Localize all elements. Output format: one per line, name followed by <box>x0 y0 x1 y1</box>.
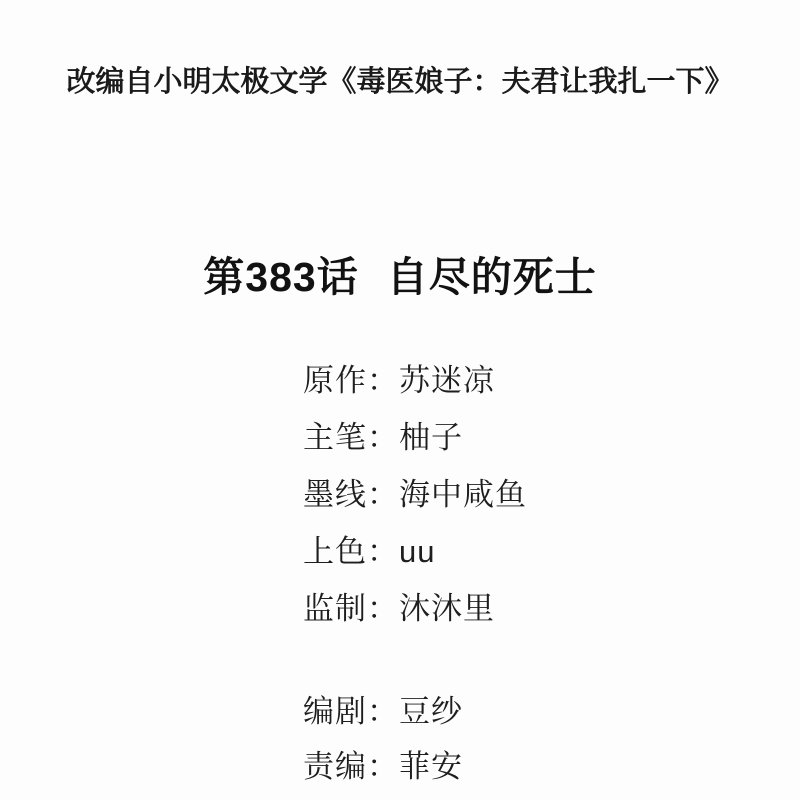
credit-label: 主笔 <box>303 420 367 455</box>
chapter-number: 第383话 <box>203 254 358 300</box>
credit-row-lead-artist: 主笔：柚子 <box>303 409 527 466</box>
credit-separator: ： <box>367 477 399 512</box>
chapter-name: 自尽的死士 <box>387 254 597 300</box>
credit-label: 上色 <box>303 534 367 569</box>
credit-row-original-author: 原作：苏迷凉 <box>303 352 527 409</box>
comic-credits-page: 改编自小明太极文学《毒医娘子：夫君让我扎一下》 第383话自尽的死士 原作：苏迷… <box>0 0 800 800</box>
credit-separator: ： <box>367 694 399 729</box>
credit-separator: ： <box>367 749 399 784</box>
credit-separator: ： <box>367 363 399 398</box>
credit-row-inking: 墨线：海中咸鱼 <box>303 466 527 523</box>
credit-value: 苏迷凉 <box>399 363 495 398</box>
credit-separator: ： <box>367 591 399 626</box>
credit-value: uu <box>399 534 435 569</box>
credit-separator: ： <box>367 534 399 569</box>
credit-value: 菲安 <box>399 749 463 784</box>
credit-label: 编剧 <box>303 694 367 729</box>
credit-value: 海中咸鱼 <box>399 477 527 512</box>
credit-row-screenwriter: 编剧：豆纱 <box>303 684 463 739</box>
credits-main-list: 原作：苏迷凉 主笔：柚子 墨线：海中咸鱼 上色：uu 监制：沐沐里 <box>303 352 527 637</box>
chapter-title: 第383话自尽的死士 <box>0 244 800 303</box>
credit-value: 豆纱 <box>399 694 463 729</box>
credit-label: 监制 <box>303 591 367 626</box>
credit-separator: ： <box>367 420 399 455</box>
credit-label: 原作 <box>303 363 367 398</box>
credit-row-supervisor: 监制：沐沐里 <box>303 580 527 637</box>
credit-row-coloring: 上色：uu <box>303 523 527 580</box>
adaptation-note: 改编自小明太极文学《毒医娘子：夫君让我扎一下》 <box>0 59 800 100</box>
credits-editorial-list: 编剧：豆纱 责编：菲安 <box>303 684 463 794</box>
credit-row-editor: 责编：菲安 <box>303 739 463 794</box>
credit-value: 沐沐里 <box>399 591 495 626</box>
credit-label: 墨线 <box>303 477 367 512</box>
credit-label: 责编 <box>303 749 367 784</box>
credit-value: 柚子 <box>399 420 463 455</box>
